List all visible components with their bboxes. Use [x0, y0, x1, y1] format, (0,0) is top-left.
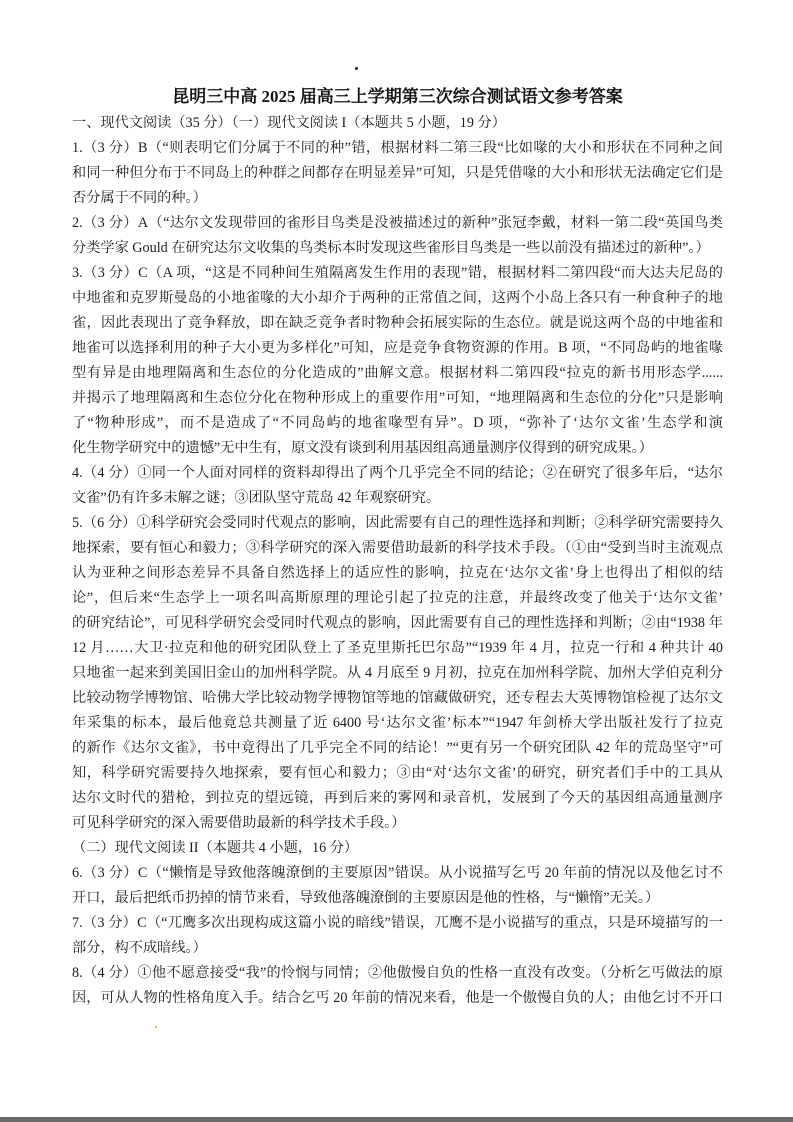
text-line: 1.（3 分）B（“则表明它们分属于不同的种”错，根据材料二第三段“比如喙的大小…: [72, 136, 723, 161]
document-page: 昆明三中高 2025 届高三上学期第三次综合测试语文参考答案 一、现代文阅读（3…: [0, 0, 793, 1122]
text-line: 的研究结论”，可见科学研究会受同时代观点的影响，因此需要有自己的理性选择和判断；…: [72, 611, 723, 636]
text-line: 文雀”仍有许多未解之谜；③团队坚守荒岛 42 年观察研究。: [72, 486, 723, 511]
text-line: 8.（4 分）①他不愿意接受“我”的怜悯与同情；②他傲慢自负的性格一直没有改变。…: [72, 961, 723, 986]
text-line: 只地雀一起来到美国旧金山的加州科学院。从 4 月底至 9 月初，拉克在加州科学院…: [72, 661, 723, 686]
text-line: 和同一种但分布于不同岛上的种群之间都存在明显差异”可知，只是凭借喙的大小和形状无…: [72, 161, 723, 186]
text-line: 年采集的标本，最后他竟总共测量了近 6400 号‘达尔文雀’标本”“1947 年…: [72, 711, 723, 736]
text-line: 开口，最后把纸币扔掉的情节来看，导致他落魄潦倒的主要原因是他的性格，与“懒惰”无…: [72, 886, 723, 911]
text-line: 化生物学研究中的遗憾”无中生有，原文没有谈到利用基因组高通量测序仪得到的研究成果…: [72, 436, 723, 461]
text-line: 地探索，要有恒心和毅力；③科学研究的深入需要借助最新的科学技术手段。（①由“受到…: [72, 536, 723, 561]
text-line: 4.（4 分）①同一个人面对同样的资料却得出了两个几乎完全不同的结论；②在研究了…: [72, 461, 723, 486]
page-bottom-border: [0, 1117, 793, 1122]
text-line: 雀，因此表现出了竞争释放，即在缺乏竞争者时物种会拓展实际的生态位。就是说这两个岛…: [72, 311, 723, 336]
text-line: 知，科学研究需要持久地探索，要有恒心和毅力；③由“对‘达尔文雀’的研究，研究者们…: [72, 761, 723, 786]
text-line: 达尔文时代的猎枪，到拉克的望远镜，再到后来的雾网和录音机，发展到了今天的基因组高…: [72, 786, 723, 811]
text-line: 可见科学研究的深入需要借助最新的科学技术手段。）: [72, 811, 723, 836]
text-line: 5.（6 分）①科学研究会受同时代观点的影响，因此需要有自己的理性选择和判断；②…: [72, 511, 723, 536]
text-line: 否分属于不同的种。）: [72, 186, 723, 211]
text-line: 6.（3 分）C（“懒惰是导致他落魄潦倒的主要原因”错误。从小说描写乞丐 20 …: [72, 861, 723, 886]
text-line: 中地雀和克罗斯曼岛的小地雀喙的大小却介于两种的正常值之间，这两个小岛上各只有一种…: [72, 286, 723, 311]
text-line: 部分，构不成暗线。）: [72, 936, 723, 961]
text-line: 比较动物学博物馆、哈佛大学比较动物学博物馆等地的馆藏做研究，还专程去大英博物馆检…: [72, 686, 723, 711]
text-line: 论”，但后来“生态学上一项名叫高斯原理的理论引起了拉克的注意，并最终改变了他关于…: [72, 586, 723, 611]
page-title: 昆明三中高 2025 届高三上学期第三次综合测试语文参考答案: [72, 84, 723, 110]
text-line: 12 月……大卫·拉克和他的研究团队登上了圣克里斯托巴尔岛”“1939 年 4 …: [72, 636, 723, 661]
text-line: 了“物种形成”，而不是造成了“不同岛屿的地雀喙型有异”。D 项，“弥补了‘达尔文…: [72, 411, 723, 436]
text-line: 一、现代文阅读（35 分）（一）现代文阅读 I（本题共 5 小题，19 分）: [72, 111, 723, 136]
text-line: 型有异是由地理隔离和生态位的分化造成的”曲解文意。根据材料二第四段“拉克的新书用…: [72, 361, 723, 386]
ink-speck-black: [355, 67, 358, 70]
text-line: 因，可从人物的性格角度入手。结合乞丐 20 年前的情况来看，他是一个傲慢自负的人…: [72, 986, 723, 1011]
text-line: 认为亚种之间形态差异不具备自然选择上的适应性的影响，拉克在‘达尔文雀’身上也得出…: [72, 561, 723, 586]
text-line: 2.（3 分）A（“达尔文发现带回的雀形目鸟类是没被描述过的新种”张冠李戴，材料…: [72, 211, 723, 236]
text-line: 分类学家 Gould 在研究达尔文收集的鸟类标本时发现这些雀形目鸟类是一些以前没…: [72, 236, 723, 261]
text-line: 3.（3 分）C（A 项，“这是不同种间生殖隔离发生作用的表现”错，根据材料二第…: [72, 261, 723, 286]
text-line: （二）现代文阅读 II（本题共 4 小题，16 分）: [72, 836, 723, 861]
ink-speck-yellow: [155, 1026, 157, 1028]
text-line: 7.（3 分）C（“兀鹰多次出现构成这篇小说的暗线”错误，兀鹰不是小说描写的重点…: [72, 911, 723, 936]
text-line: 的新作《达尔文雀》，书中竟得出了几乎完全不同的结论！”“更有另一个研究团队 42…: [72, 736, 723, 761]
text-line: 地雀可以选择利用的种子大小更为多样化”可知，应是竞争食物资源的作用。B 项，“不…: [72, 336, 723, 361]
document-lines: 一、现代文阅读（35 分）（一）现代文阅读 I（本题共 5 小题，19 分）1.…: [72, 111, 723, 1011]
text-line: 并揭示了地理隔离和生态位分化在物种形成上的重要作用”可知，“地理隔离和生态位的分…: [72, 386, 723, 411]
